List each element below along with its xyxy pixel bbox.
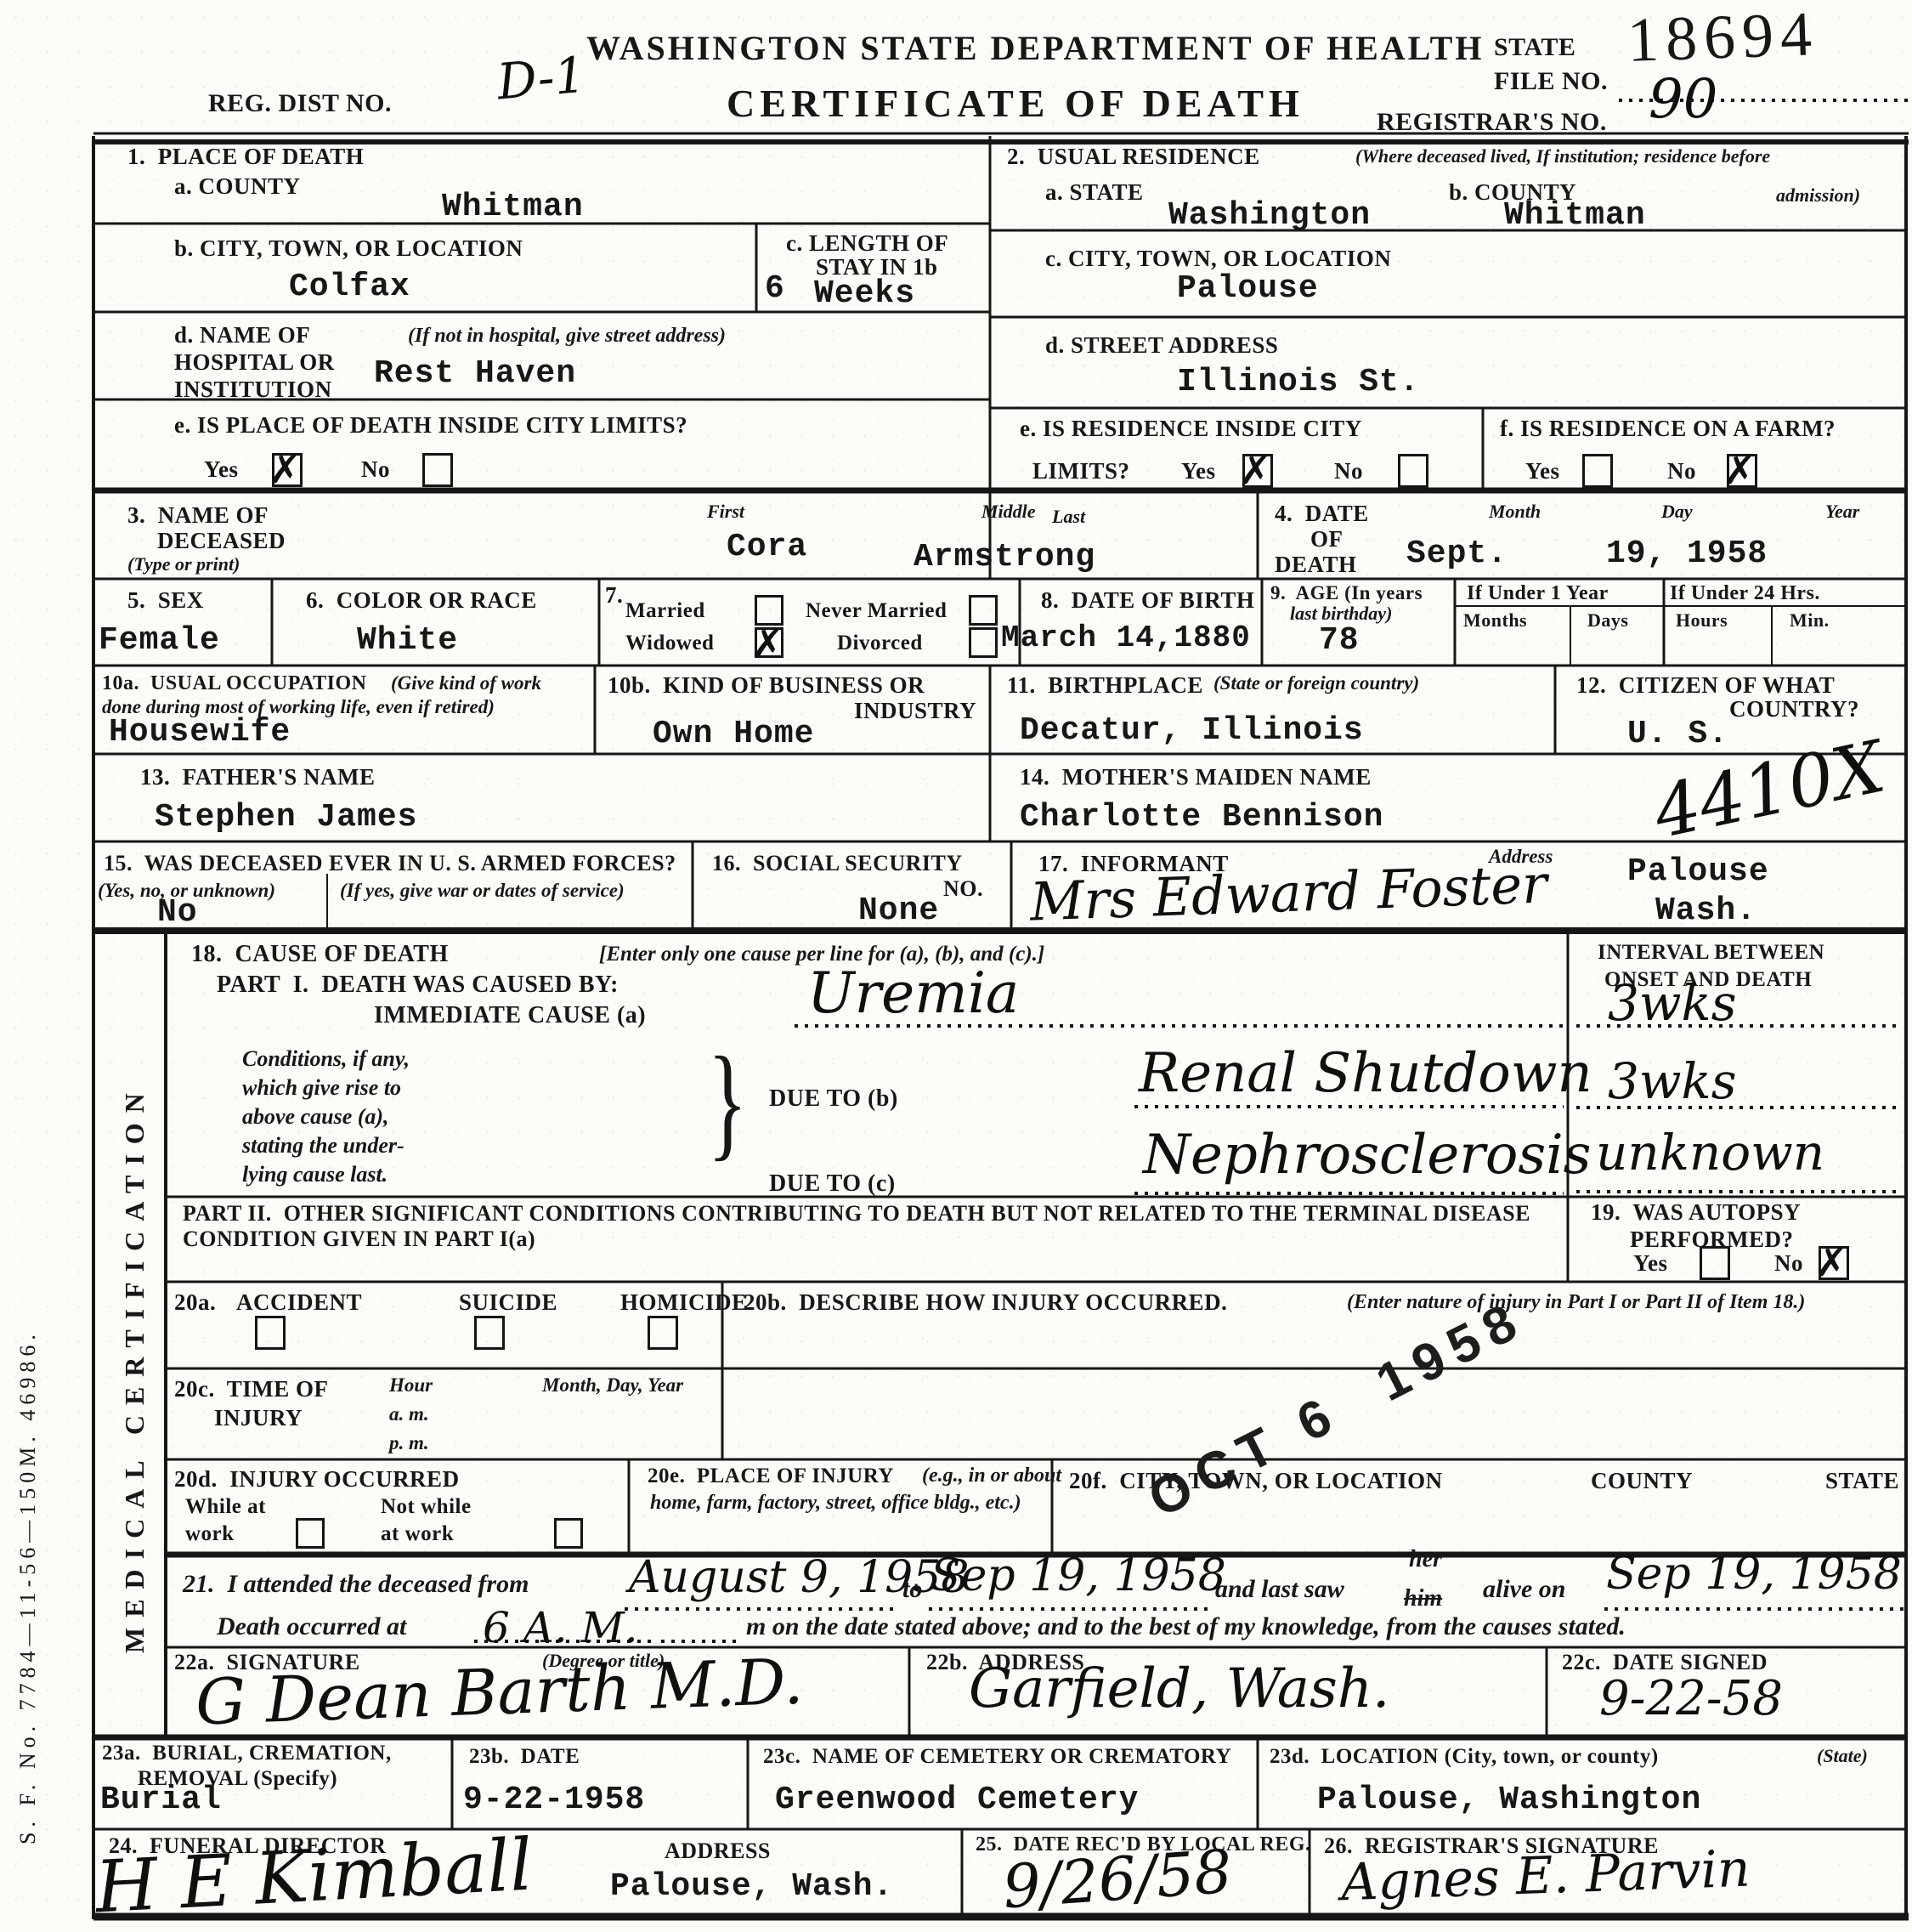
manner-num: 20a. — [174, 1290, 216, 1314]
due-to-b-label: DUE TO (b) — [769, 1086, 898, 1111]
under-24-hours-header: Hours — [1676, 610, 1728, 630]
pod-county-value: Whitman — [442, 189, 584, 225]
pod-institution-value: Rest Haven — [374, 355, 576, 392]
accident-checkbox — [255, 1316, 286, 1350]
reg-dist-label: REG. DIST NO. — [208, 90, 392, 117]
medical-certification-label: MEDICAL CERTIFICATION — [119, 1083, 150, 1653]
interval-c-value: unknown — [1596, 1124, 1824, 1181]
burial-label-1: 23a. BURIAL, CREMATION, — [102, 1742, 392, 1765]
name-label-2: DECEASED — [157, 529, 286, 552]
funeral-address-value: Palouse, Wash. — [610, 1868, 893, 1905]
marital-divorced-label: Divorced — [837, 632, 923, 654]
cause-a-value: Uremia — [807, 960, 1019, 1026]
attended-to-value: Sep 19, 1958 — [931, 1550, 1226, 1601]
conditions-line-1: Conditions, if any, — [242, 1047, 410, 1070]
birthplace-hint: (State or foreign country) — [1213, 673, 1419, 694]
pod-institution-hint: (If not in hospital, give street address… — [408, 326, 726, 347]
res-limits-label-1: e. IS RESIDENCE INSIDE CITY — [1020, 416, 1362, 440]
burial-date-value: 9-22-1958 — [463, 1782, 645, 1818]
dept-title: WASHINGTON STATE DEPARTMENT OF HEALTH — [586, 31, 1484, 66]
dod-day-header: Day — [1661, 501, 1693, 521]
attended-prefix: 21. I attended the deceased from — [183, 1571, 529, 1598]
place-injury-label: 20e. PLACE OF INJURY — [648, 1465, 894, 1487]
informant-address-2: Wash. — [1655, 892, 1756, 929]
father-name-value: Stephen James — [155, 799, 417, 836]
res-limits-label-2: LIMITS? — [1032, 459, 1130, 483]
ssn-label-2: NO. — [943, 877, 983, 900]
alive-on-text: alive on — [1483, 1576, 1566, 1603]
res-limits-yes-checkbox: ✗ — [1242, 454, 1273, 488]
age-label-1: 9. AGE (In years — [1270, 583, 1423, 603]
conditions-brace: } — [708, 1035, 748, 1170]
pod-title: 1. PLACE OF DEATH — [127, 144, 364, 168]
res-farm-yes-label: Yes — [1525, 459, 1560, 483]
death-occurred-text-2: m on the date stated above; and to the b… — [746, 1613, 1626, 1640]
race-label: 6. COLOR OR RACE — [306, 588, 537, 612]
cemetery-label: 23c. NAME OF CEMETERY OR CREMATORY — [763, 1746, 1231, 1768]
res-city-value: Palouse — [1177, 270, 1319, 307]
dod-label-1: 4. DATE — [1275, 501, 1369, 525]
birthplace-label: 11. BIRTHPLACE — [1007, 673, 1203, 697]
dob-label: 8. DATE OF BIRTH — [1041, 588, 1254, 612]
ssn-label-1: 16. SOCIAL SECURITY — [712, 852, 963, 875]
res-title-hint-1: (Where deceased lived, If institution; r… — [1355, 146, 1770, 166]
death-occurred-text: Death occurred at — [217, 1613, 406, 1640]
suicide-label: SUICIDE — [459, 1290, 557, 1314]
marital-widowed-label: Widowed — [625, 632, 714, 654]
while-at-work-label-1: While at — [185, 1496, 266, 1518]
interval-header-1: INTERVAL BETWEEN — [1598, 942, 1824, 964]
pod-stay-label-1: c. LENGTH OF — [786, 231, 948, 255]
conditions-line-2: which give rise to — [242, 1076, 401, 1099]
name-label-1: 3. NAME OF — [127, 503, 269, 527]
check-mark: ✗ — [269, 446, 302, 492]
age-value: 78 — [1319, 622, 1360, 659]
form-number-vertical: S. F. No. 7784—11-56—150M. 46986. — [15, 1329, 41, 1844]
accident-label: ACCIDENT — [236, 1290, 362, 1314]
res-farm-yes-checkbox — [1582, 454, 1613, 488]
res-county-value: Whitman — [1504, 197, 1646, 234]
name-first-header: First — [707, 501, 744, 521]
pod-stay-value: 6 — [765, 270, 785, 307]
date-signed-value: 9-22-58 — [1599, 1671, 1783, 1726]
name-last-header: Last — [1052, 507, 1085, 526]
citizen-label-2: COUNTRY? — [1729, 697, 1859, 721]
pod-stay-unit: Weeks — [814, 275, 915, 312]
name-last-value: Armstrong — [914, 539, 1095, 575]
res-title: 2. USUAL RESIDENCE — [1007, 144, 1260, 168]
mother-name-label: 14. MOTHER'S MAIDEN NAME — [1020, 765, 1372, 789]
sex-value: Female — [99, 622, 220, 659]
birthplace-value: Decatur, Illinois — [1020, 712, 1364, 749]
res-farm-no-checkbox: ✗ — [1727, 454, 1757, 488]
name-first-value: Cora — [727, 529, 807, 565]
autopsy-yes-label: Yes — [1633, 1251, 1668, 1275]
registrar-no-label: REGISTRAR'S NO. — [1377, 109, 1607, 136]
conditions-line-5: lying cause last. — [242, 1163, 387, 1186]
interval-a-value: 3wks — [1608, 974, 1736, 1032]
cemetery-state-hint: (State) — [1817, 1746, 1868, 1765]
business-label-2: INDUSTRY — [854, 699, 976, 722]
registrar-no-value: 90 — [1649, 68, 1717, 131]
place-injury-hint-1: (e.g., in or about — [922, 1465, 1061, 1487]
describe-injury-hint: (Enter nature of injury in Part I or Par… — [1347, 1292, 1805, 1313]
dod-year-header: Year — [1825, 501, 1859, 521]
cert-title: CERTIFICATE OF DEATH — [727, 83, 1304, 124]
check-mark: ✗ — [751, 620, 784, 666]
armed-forces-hint-2: (If yes, give war or dates of service) — [340, 881, 625, 901]
occupation-value: Housewife — [109, 714, 291, 751]
age-label-2: last birthday) — [1290, 603, 1392, 623]
pod-limits-no-checkbox — [422, 453, 453, 487]
physician-address-value: Garfield, Wash. — [969, 1657, 1389, 1720]
place-injury-hint-2: home, farm, factory, street, office bldg… — [650, 1493, 1021, 1514]
marital-num: 7. — [605, 583, 623, 607]
under-1-days-header: Days — [1587, 610, 1628, 630]
attended-to-word: to — [902, 1576, 922, 1603]
armed-forces-label: 15. WAS DECEASED EVER IN U. S. ARMED FOR… — [104, 852, 676, 875]
due-to-c-label: DUE TO (c) — [769, 1171, 896, 1196]
res-city-label: c. CITY, TOWN, OR LOCATION — [1045, 246, 1391, 270]
conditions-line-3: above cause (a), — [242, 1105, 389, 1128]
cemetery-location-label: 23d. LOCATION (City, town, or county) — [1270, 1746, 1659, 1768]
him-struck-text: him — [1404, 1586, 1442, 1611]
cause-part2-line-2: CONDITION GIVEN IN PART I(a) — [183, 1227, 535, 1250]
res-limits-no-label: No — [1334, 459, 1363, 483]
dod-month-value: Sept. — [1406, 535, 1508, 572]
death-time-value: 6 A. M. — [483, 1603, 638, 1652]
dod-label-3: DEATH — [1275, 552, 1357, 576]
dod-label-2: OF — [1310, 527, 1343, 551]
while-at-work-checkbox — [296, 1518, 325, 1549]
time-injury-am-label: a. m. — [389, 1404, 429, 1425]
homicide-label: HOMICIDE — [620, 1290, 748, 1314]
last-saw-text: and last saw — [1215, 1576, 1344, 1603]
interval-b-value: 3wks — [1608, 1052, 1736, 1110]
last-alive-value: Sep 19, 1958 — [1606, 1549, 1902, 1600]
pod-institution-label-3: INSTITUTION — [174, 377, 332, 401]
pod-limits-label: e. IS PLACE OF DEATH INSIDE CITY LIMITS? — [174, 413, 687, 437]
autopsy-yes-checkbox — [1700, 1246, 1730, 1280]
time-injury-label-1: 20c. TIME OF — [174, 1377, 329, 1401]
citizen-value: U. S. — [1627, 716, 1728, 752]
sex-label: 5. SEX — [127, 588, 204, 612]
describe-injury-label: 20b. DESCRIBE HOW INJURY OCCURRED. — [744, 1290, 1227, 1314]
res-limits-yes-label: Yes — [1181, 459, 1216, 483]
injury-state-label: STATE — [1825, 1469, 1899, 1493]
cemetery-value: Greenwood Cemetery — [775, 1782, 1139, 1818]
pod-institution-label-2: HOSPITAL OR — [174, 350, 335, 374]
death-certificate-scan: WASHINGTON STATE DEPARTMENT OF HEALTH CE… — [0, 0, 1912, 1932]
cemetery-location-value: Palouse, Washington — [1317, 1782, 1701, 1818]
pod-limits-yes-checkbox: ✗ — [272, 453, 303, 487]
time-injury-pm-label: p. m. — [389, 1433, 429, 1453]
check-mark: ✗ — [1723, 447, 1756, 493]
under-24-header: If Under 24 Hrs. — [1670, 583, 1820, 604]
res-street-label: d. STREET ADDRESS — [1045, 333, 1278, 357]
cause-c-value: Nephrosclerosis — [1143, 1124, 1592, 1187]
res-street-value: Illinois St. — [1177, 364, 1420, 400]
res-farm-label: f. IS RESIDENCE ON A FARM? — [1500, 416, 1836, 440]
marital-widowed-checkbox: ✗ — [755, 627, 783, 658]
race-value: White — [357, 622, 458, 659]
under-1-year-header: If Under 1 Year — [1467, 583, 1609, 604]
time-injury-label-2: INJURY — [214, 1406, 303, 1430]
res-state-value: Washington — [1168, 197, 1371, 234]
funeral-address-header: ADDRESS — [665, 1839, 771, 1862]
name-middle-header: Middle — [981, 501, 1036, 521]
dod-day-value: 19, — [1606, 535, 1666, 572]
state-file-label-2: FILE NO. — [1494, 68, 1608, 95]
res-farm-no-label: No — [1667, 459, 1696, 483]
pod-city-value: Colfax — [289, 269, 410, 305]
cause-part1-label: PART I. DEATH WAS CAUSED BY: — [217, 972, 619, 997]
check-mark: ✗ — [1815, 1239, 1848, 1285]
pod-institution-label-1: d. NAME OF — [174, 323, 310, 347]
marital-married-label: Married — [625, 600, 705, 622]
under-1-months-header: Months — [1463, 610, 1527, 630]
pod-county-label: a. COUNTY — [174, 174, 301, 198]
marital-never-checkbox — [969, 595, 998, 626]
check-mark: ✗ — [1239, 447, 1272, 493]
under-24-min-header: Min. — [1790, 610, 1830, 630]
time-injury-mdy-label: Month, Day, Year — [542, 1375, 683, 1396]
homicide-checkbox — [648, 1316, 678, 1350]
pod-city-label: b. CITY, TOWN, OR LOCATION — [174, 236, 523, 260]
burial-date-label: 23b. DATE — [469, 1746, 580, 1768]
marital-divorced-checkbox — [969, 627, 998, 658]
not-while-label-1: Not while — [381, 1496, 472, 1518]
burial-value: Burial — [100, 1782, 222, 1818]
not-while-label-2: at work — [381, 1523, 454, 1545]
not-while-checkbox — [554, 1518, 583, 1549]
cause-b-value: Renal Shutdown — [1139, 1042, 1592, 1105]
res-title-hint-2: admission) — [1776, 185, 1860, 205]
autopsy-no-checkbox: ✗ — [1819, 1246, 1849, 1280]
dod-month-header: Month — [1489, 501, 1541, 521]
res-limits-no-checkbox — [1398, 454, 1428, 488]
state-file-number: 18694 — [1626, 2, 1820, 74]
conditions-line-4: stating the under- — [242, 1134, 404, 1157]
time-injury-hour-label: Hour — [389, 1375, 433, 1396]
dod-year-value: 1958 — [1687, 535, 1768, 572]
cause-label: 18. CAUSE OF DEATH — [191, 942, 449, 966]
business-value: Own Home — [653, 716, 814, 752]
name-label-3: (Type or print) — [127, 554, 240, 574]
autopsy-label-1: 19. WAS AUTOPSY — [1591, 1200, 1801, 1224]
pod-limits-no-label: No — [361, 457, 390, 481]
suicide-checkbox — [474, 1316, 505, 1350]
injury-county-label: COUNTY — [1591, 1469, 1693, 1493]
her-correction: her — [1409, 1547, 1442, 1572]
state-file-label-1: STATE — [1494, 34, 1575, 61]
armed-forces-value: No — [157, 894, 198, 931]
marital-never-label: Never Married — [806, 600, 947, 622]
father-name-label: 13. FATHER'S NAME — [140, 765, 376, 789]
citizen-label-1: 12. CITIZEN OF WHAT — [1576, 673, 1835, 697]
while-at-work-label-2: work — [185, 1523, 235, 1545]
reg-dist-value: D-1 — [495, 46, 588, 111]
dob-value: March 14,1880 — [1001, 620, 1251, 655]
occupation-label: 10a. USUAL OCCUPATION — [102, 673, 366, 694]
immediate-cause-label: IMMEDIATE CAUSE (a) — [374, 1003, 646, 1028]
pod-limits-yes-label: Yes — [204, 457, 239, 481]
cause-part2-line-1: PART II. OTHER SIGNIFICANT CONDITIONS CO… — [183, 1202, 1530, 1225]
injury-occurred-label: 20d. INJURY OCCURRED — [174, 1467, 460, 1491]
business-label-1: 10b. KIND OF BUSINESS OR — [608, 673, 925, 697]
res-state-label: a. STATE — [1045, 180, 1144, 204]
mother-name-value: Charlotte Bennison — [1020, 799, 1383, 836]
ssn-value: None — [858, 892, 939, 929]
occupation-hint-1: (Give kind of work — [391, 673, 541, 694]
autopsy-no-label: No — [1774, 1251, 1803, 1275]
informant-address-1: Palouse — [1627, 853, 1769, 890]
